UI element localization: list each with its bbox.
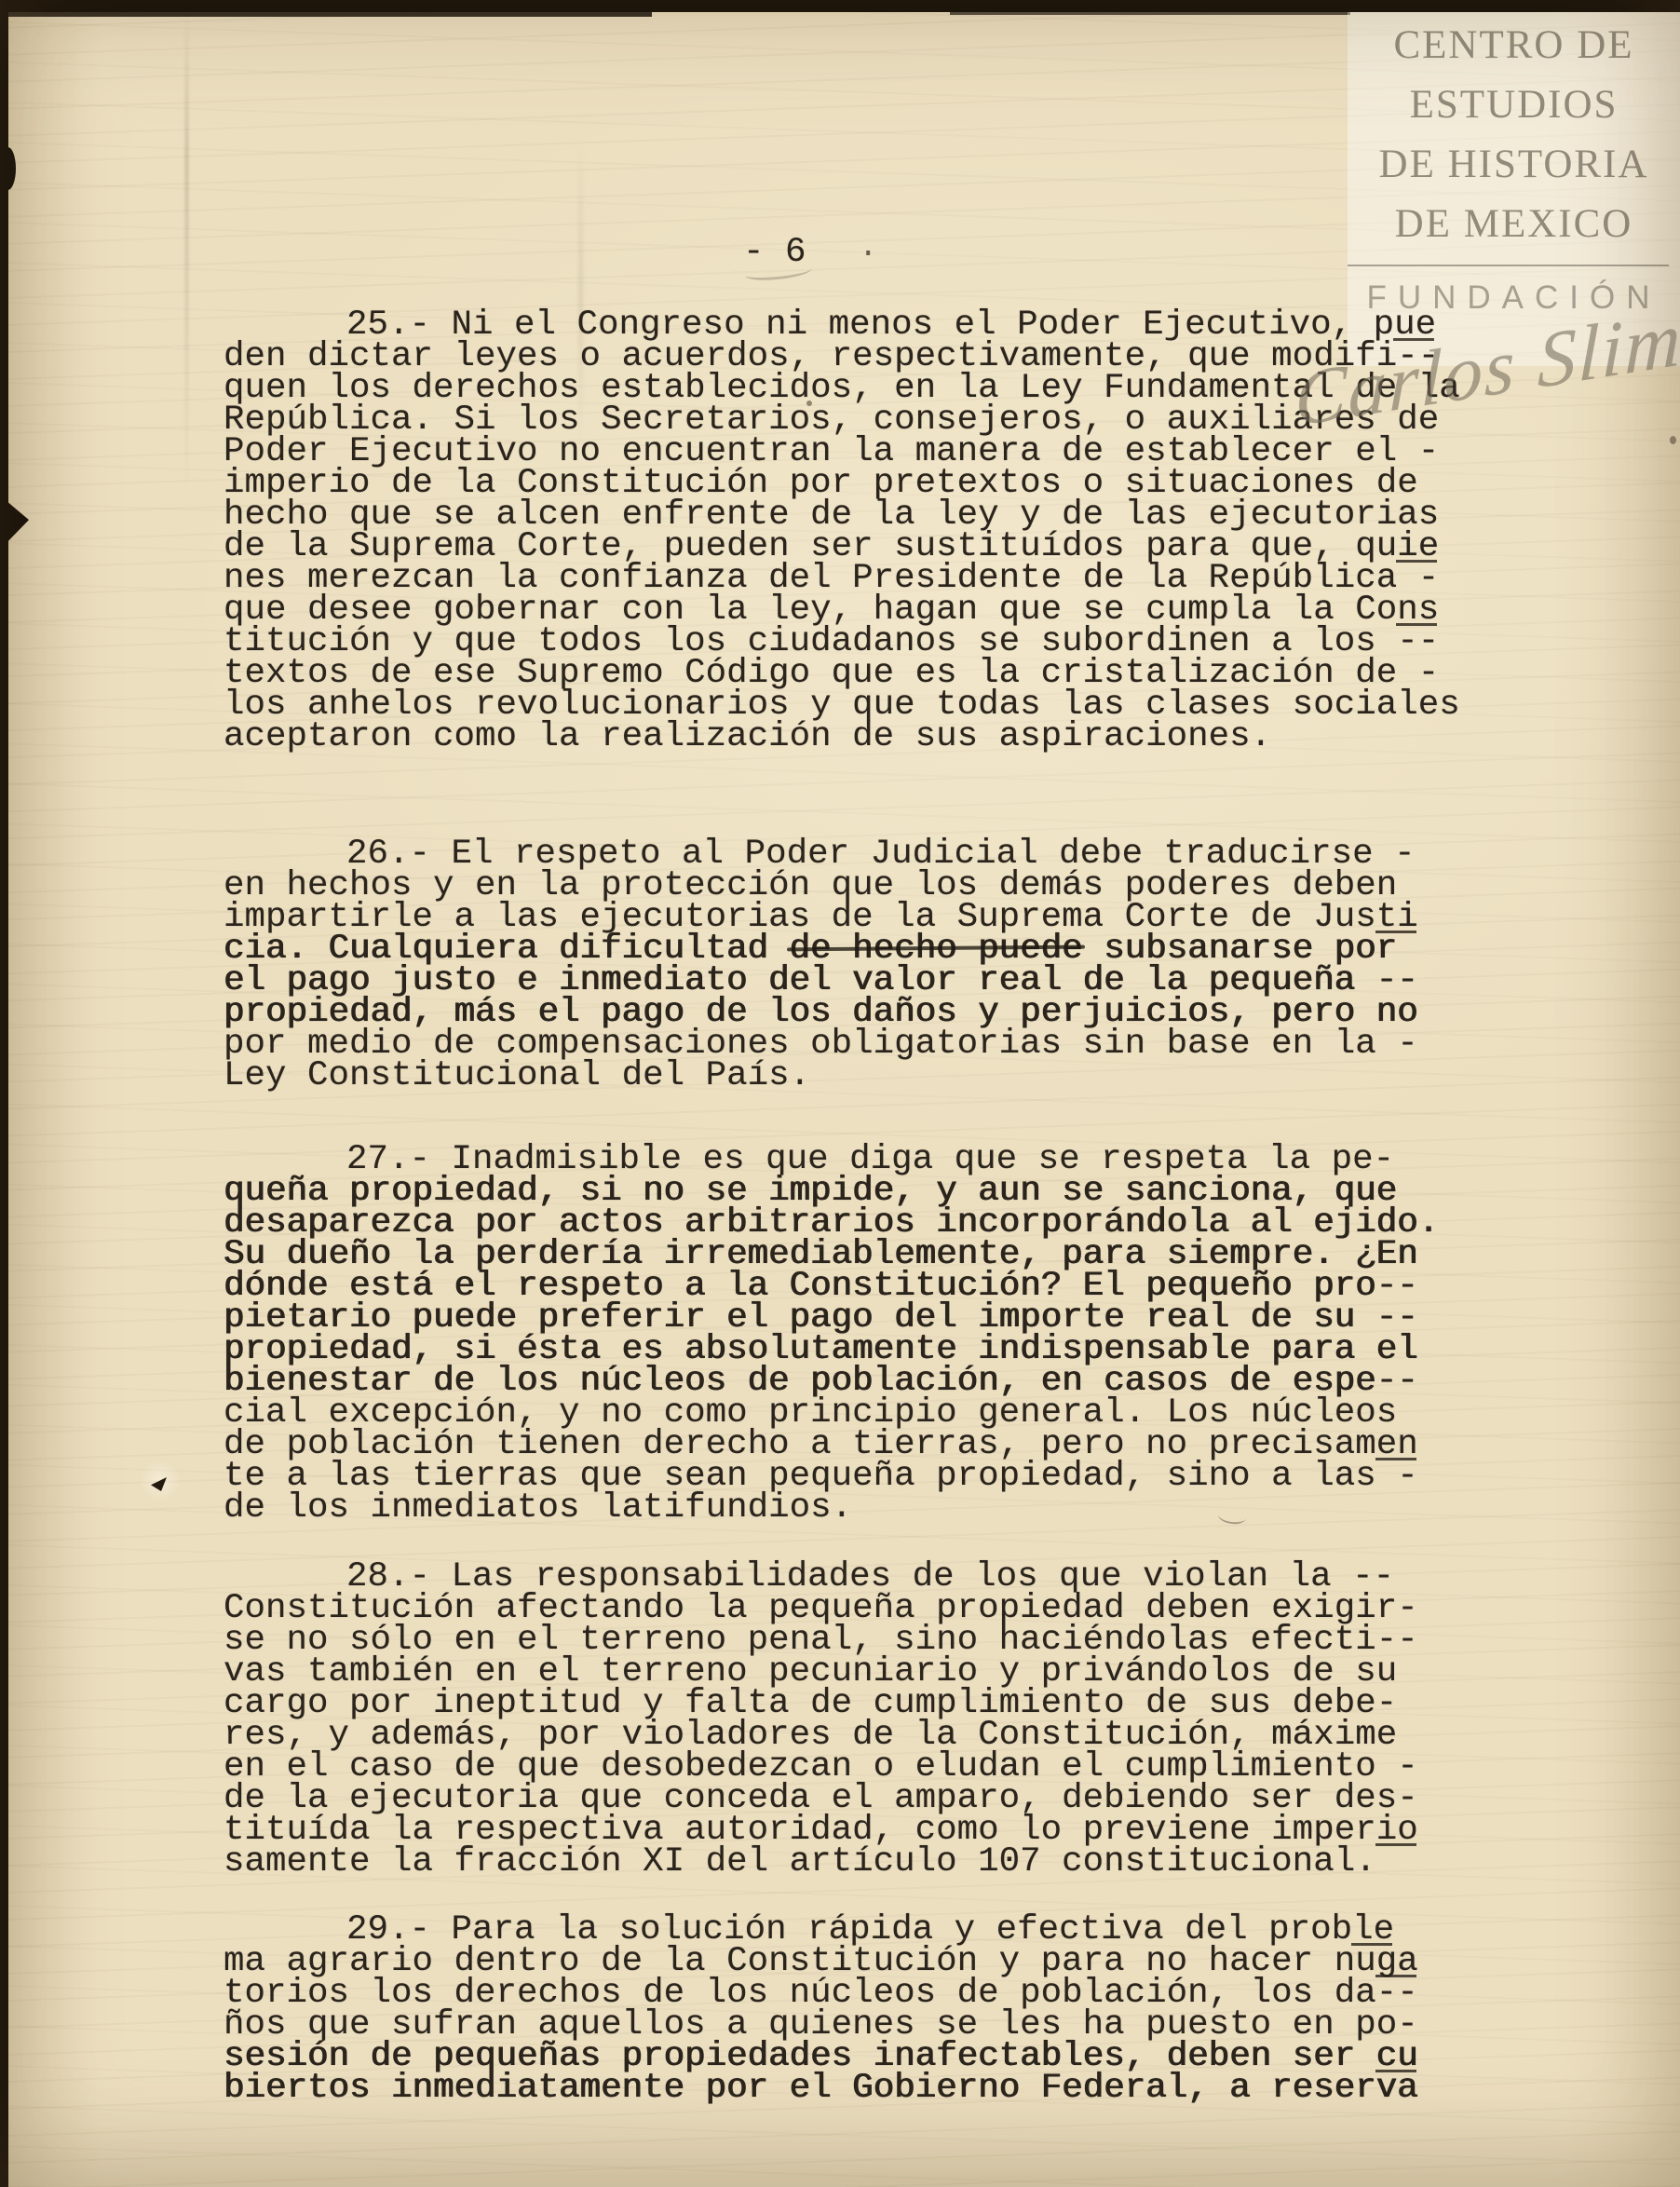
text-line: tituída la respectiva autoridad, como lo… xyxy=(224,1814,1490,1846)
text-line: bienestar de los núcleos de población, e… xyxy=(224,1365,1490,1397)
text-line: por medio de compensaciones obligatorias… xyxy=(224,1028,1490,1060)
text-line: cargo por ineptitud y falta de cumplimie… xyxy=(224,1688,1490,1719)
text-line: propiedad, más el pago de los daños y pe… xyxy=(224,997,1490,1028)
text-line: impartirle a las ejecutorias de la Supre… xyxy=(224,902,1490,933)
paragraph-29: 29.- Para la solución rápida y efectiva … xyxy=(224,1914,1490,2104)
text-line: samente la fracción XI del artículo 107 … xyxy=(224,1846,1490,1878)
text-line: imperio de la Constitución por pretextos… xyxy=(224,468,1490,499)
text-line: de población tienen derecho a tierras, p… xyxy=(224,1429,1490,1460)
text-line: pietario puede preferir el pago del impo… xyxy=(224,1302,1490,1334)
text-line: de los inmediatos latifundios. xyxy=(224,1492,1490,1524)
text-line: vas también en el terreno pecuniario y p… xyxy=(224,1656,1490,1688)
document-body: 25.- Ni el Congreso ni menos el Poder Ej… xyxy=(0,0,1680,2187)
text-line: de la Suprema Corte, pueden ser sustituí… xyxy=(224,531,1490,563)
text-line: de la ejecutoria que conceda el amparo, … xyxy=(224,1783,1490,1814)
text-line: 26.- El respeto al Poder Judicial debe t… xyxy=(224,838,1490,870)
text-line: ños que sufran aquellos a quienes se les… xyxy=(224,2009,1490,2041)
text-line: queña propiedad, si no se impide, y aun … xyxy=(224,1175,1490,1207)
paragraph-27: 27.- Inadmisible es que diga que se resp… xyxy=(224,1144,1490,1524)
text-line: aceptaron como la realización de sus asp… xyxy=(224,721,1490,753)
text-line: sesión de pequeñas propiedades inafectab… xyxy=(224,2041,1490,2072)
text-line: cial excepción, y no como principio gene… xyxy=(224,1397,1490,1429)
text-line: biertos inmediatamente por el Gobierno F… xyxy=(224,2072,1490,2104)
text-line: te a las tierras que sean pequeña propie… xyxy=(224,1460,1490,1492)
text-line: nes merezcan la confianza del Presidente… xyxy=(224,563,1490,594)
paragraph-28: 28.- Las responsabilidades de los que vi… xyxy=(224,1561,1490,1878)
text-line: textos de ese Supremo Código que es la c… xyxy=(224,658,1490,689)
text-line: Ley Constitucional del País. xyxy=(224,1060,1490,1092)
paragraph-26: 26.- El respeto al Poder Judicial debe t… xyxy=(224,838,1490,1092)
text-line: Constitución afectando la pequeña propie… xyxy=(224,1593,1490,1624)
text-line: 28.- Las responsabilidades de los que vi… xyxy=(224,1561,1490,1593)
text-line: dónde está el respeto a la Constitución?… xyxy=(224,1270,1490,1302)
text-line: ma agrario dentro de la Constitución y p… xyxy=(224,1946,1490,1977)
text-line: titución y que todos los ciudadanos se s… xyxy=(224,626,1490,658)
text-line: se no sólo en el terreno penal, sino hac… xyxy=(224,1624,1490,1656)
text-line: en el caso de que desobedezcan o eludan … xyxy=(224,1751,1490,1783)
text-line: que desee gobernar con la ley, hagan que… xyxy=(224,594,1490,626)
text-line: Su dueño la perdería irremediablemente, … xyxy=(224,1239,1490,1270)
text-line: 25.- Ni el Congreso ni menos el Poder Ej… xyxy=(224,309,1490,341)
text-line: propiedad, si ésta es absolutamente indi… xyxy=(224,1334,1490,1365)
text-line: en hechos y en la protección que los dem… xyxy=(224,870,1490,902)
text-line: res, y además, por violadores de la Cons… xyxy=(224,1719,1490,1751)
text-line: 27.- Inadmisible es que diga que se resp… xyxy=(224,1144,1490,1175)
text-line: el pago justo e inmediato del valor real… xyxy=(224,965,1490,997)
text-line: torios los derechos de los núcleos de po… xyxy=(224,1977,1490,2009)
text-line: 29.- Para la solución rápida y efectiva … xyxy=(224,1914,1490,1946)
text-line: hecho que se alcen enfrente de la ley y … xyxy=(224,499,1490,531)
text-line: los anhelos revolucionarios y que todas … xyxy=(224,689,1490,721)
text-line: desaparezca por actos arbitrarios incorp… xyxy=(224,1207,1490,1239)
document-page: CENTRO DE ESTUDIOS DE HISTORIA DE MEXICO… xyxy=(0,0,1680,2187)
